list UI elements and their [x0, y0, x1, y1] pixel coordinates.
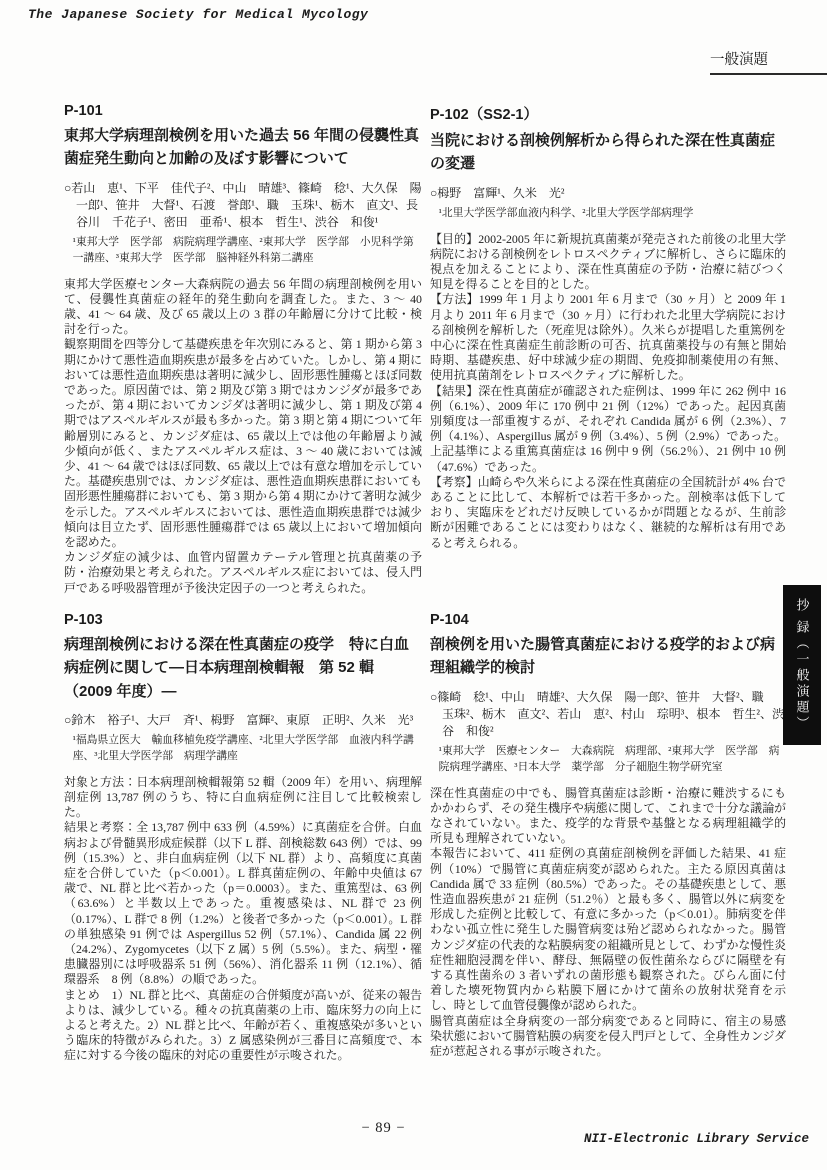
abstract-body: 深在性真菌症の中でも、腸管真菌症は診断・治療に難渋するにもかかわらず、その発生機…: [430, 786, 786, 1060]
abstract-paragraph: 東邦大学医療センター大森病院の過去 56 年間の病理剖検例を用いて、侵襲性真菌症…: [64, 277, 422, 338]
scanned-abstract-page: The Japanese Society for Medical Mycolog…: [0, 0, 827, 1170]
abstract-paragraph: 【目的】2002-2005 年に新規抗真菌薬が発売された前後の北里大学病院におけ…: [430, 232, 786, 293]
abstract-affiliations: ¹福島県立医大 輸血移植免疫学講座、²北里大学医学部 血液内科学講座、³北里大学…: [64, 732, 422, 764]
abstract-paragraph: カンジダ症の減少は、血管内留置カテーテル管理と抗真菌薬の予防・治療効果と考えられ…: [64, 550, 422, 596]
journal-watermark: The Japanese Society for Medical Mycolog…: [28, 7, 368, 22]
abstract-id: P-101: [64, 103, 422, 119]
abstract-paragraph: 観察期間を四等分して基礎疾患を年次別にみると、第 1 期から第 3 期にかけて悪…: [64, 337, 422, 550]
abstract-p102: P-102（SS2-1） 当院における剖検例解析から得られた深在性真菌症の変遷 …: [430, 103, 786, 551]
section-label: 一般演題: [710, 48, 827, 75]
abstract-id: P-104: [430, 612, 786, 628]
abstract-body: 対象と方法：日本病理剖検輯報第 52 輯（2009 年）を用い、病理解剖症例 1…: [64, 775, 422, 1064]
abstract-authors: ○鈴木 裕子¹、大戸 斉¹、栂野 富輝²、東原 正明²、久米 光³: [64, 712, 422, 729]
abstract-affiliations: ¹北里大学医学部血液内科学、²北里大学医学部病理学: [430, 205, 786, 221]
abstract-paragraph: 【結果】深在性真菌症が確認された症例は、1999 年に 262 例中 16 例（…: [430, 384, 786, 475]
abstract-affiliations: ¹東邦大学 医療センター 大森病院 病理部、²東邦大学 医学部 病院病理学講座、…: [430, 743, 786, 775]
abstract-paragraph: 【考察】山崎らや久米らによる深在性真菌症の全国統計が 4% 台であることに比して…: [430, 475, 786, 551]
abstract-authors: ○若山 恵¹、下平 佳代子²、中山 晴雄³、篠崎 稔¹、大久保 陽一郎¹、笹井 …: [64, 180, 422, 231]
abstract-paragraph: まとめ 1）NL 群と比べ、真菌症の合併頻度が高いが、従来の報告よりは、減少して…: [64, 988, 422, 1064]
abstract-title: 東邦大学病理剖検例を用いた過去 56 年間の侵襲性真菌症発生動向と加齢の及ぼす影…: [64, 124, 422, 171]
abstract-title: 病理剖検例における深在性真菌症の疫学 特に白血病症例に関して―日本病理剖検輯報 …: [64, 633, 422, 703]
abstract-paragraph: 腸管真菌症は全身病変の一部分病変であると同時に、宿主の易感染状態において腸管粘膜…: [430, 1014, 786, 1060]
abstract-p101: P-101 東邦大学病理剖検例を用いた過去 56 年間の侵襲性真菌症発生動向と加…: [64, 103, 422, 596]
abstract-authors: ○篠崎 稔¹、中山 晴雄²、大久保 陽一郎²、笹井 大督²、職 玉珠²、栃木 直…: [430, 689, 786, 740]
abstract-body: 【目的】2002-2005 年に新規抗真菌薬が発売された前後の北里大学病院におけ…: [430, 232, 786, 551]
abstract-title: 当院における剖検例解析から得られた深在性真菌症の変遷: [430, 129, 786, 176]
abstract-p103: P-103 病理剖検例における深在性真菌症の疫学 特に白血病症例に関して―日本病…: [64, 612, 422, 1064]
abstract-title: 剖検例を用いた腸管真菌症における疫学的および病理組織学的検討: [430, 633, 786, 680]
abstract-body: 東邦大学医療センター大森病院の過去 56 年間の病理剖検例を用いて、侵襲性真菌症…: [64, 277, 422, 596]
library-watermark: NII-Electronic Library Service: [584, 1132, 809, 1146]
abstract-id: P-103: [64, 612, 422, 628]
abstract-p104: P-104 剖検例を用いた腸管真菌症における疫学的および病理組織学的検討 ○篠崎…: [430, 612, 786, 1059]
abstract-paragraph: 【方法】1999 年 1 月より 2001 年 6 月まで（30 ヶ月）と 20…: [430, 292, 786, 383]
abstract-paragraph: 深在性真菌症の中でも、腸管真菌症は診断・治療に難渋するにもかかわらず、その発生機…: [430, 786, 786, 847]
abstract-affiliations: ¹東邦大学 医学部 病院病理学講座、²東邦大学 医学部 小児科学第一講座、³東邦…: [64, 234, 422, 266]
abstract-paragraph: 結果と考察：全 13,787 例中 633 例（4.59%）に真菌症を合併。白血…: [64, 820, 422, 987]
abstract-authors: ○栂野 富輝¹、久米 光²: [430, 185, 786, 202]
abstract-paragraph: 本報告において、411 症例の真菌症剖検例を評価した結果、41 症例（10%）で…: [430, 846, 786, 1013]
abstract-paragraph: 対象と方法：日本病理剖検輯報第 52 輯（2009 年）を用い、病理解剖症例 1…: [64, 775, 422, 821]
side-tab-label: 抄 録（一般演題）: [783, 585, 821, 745]
abstract-id: P-102（SS2-1）: [430, 103, 786, 124]
